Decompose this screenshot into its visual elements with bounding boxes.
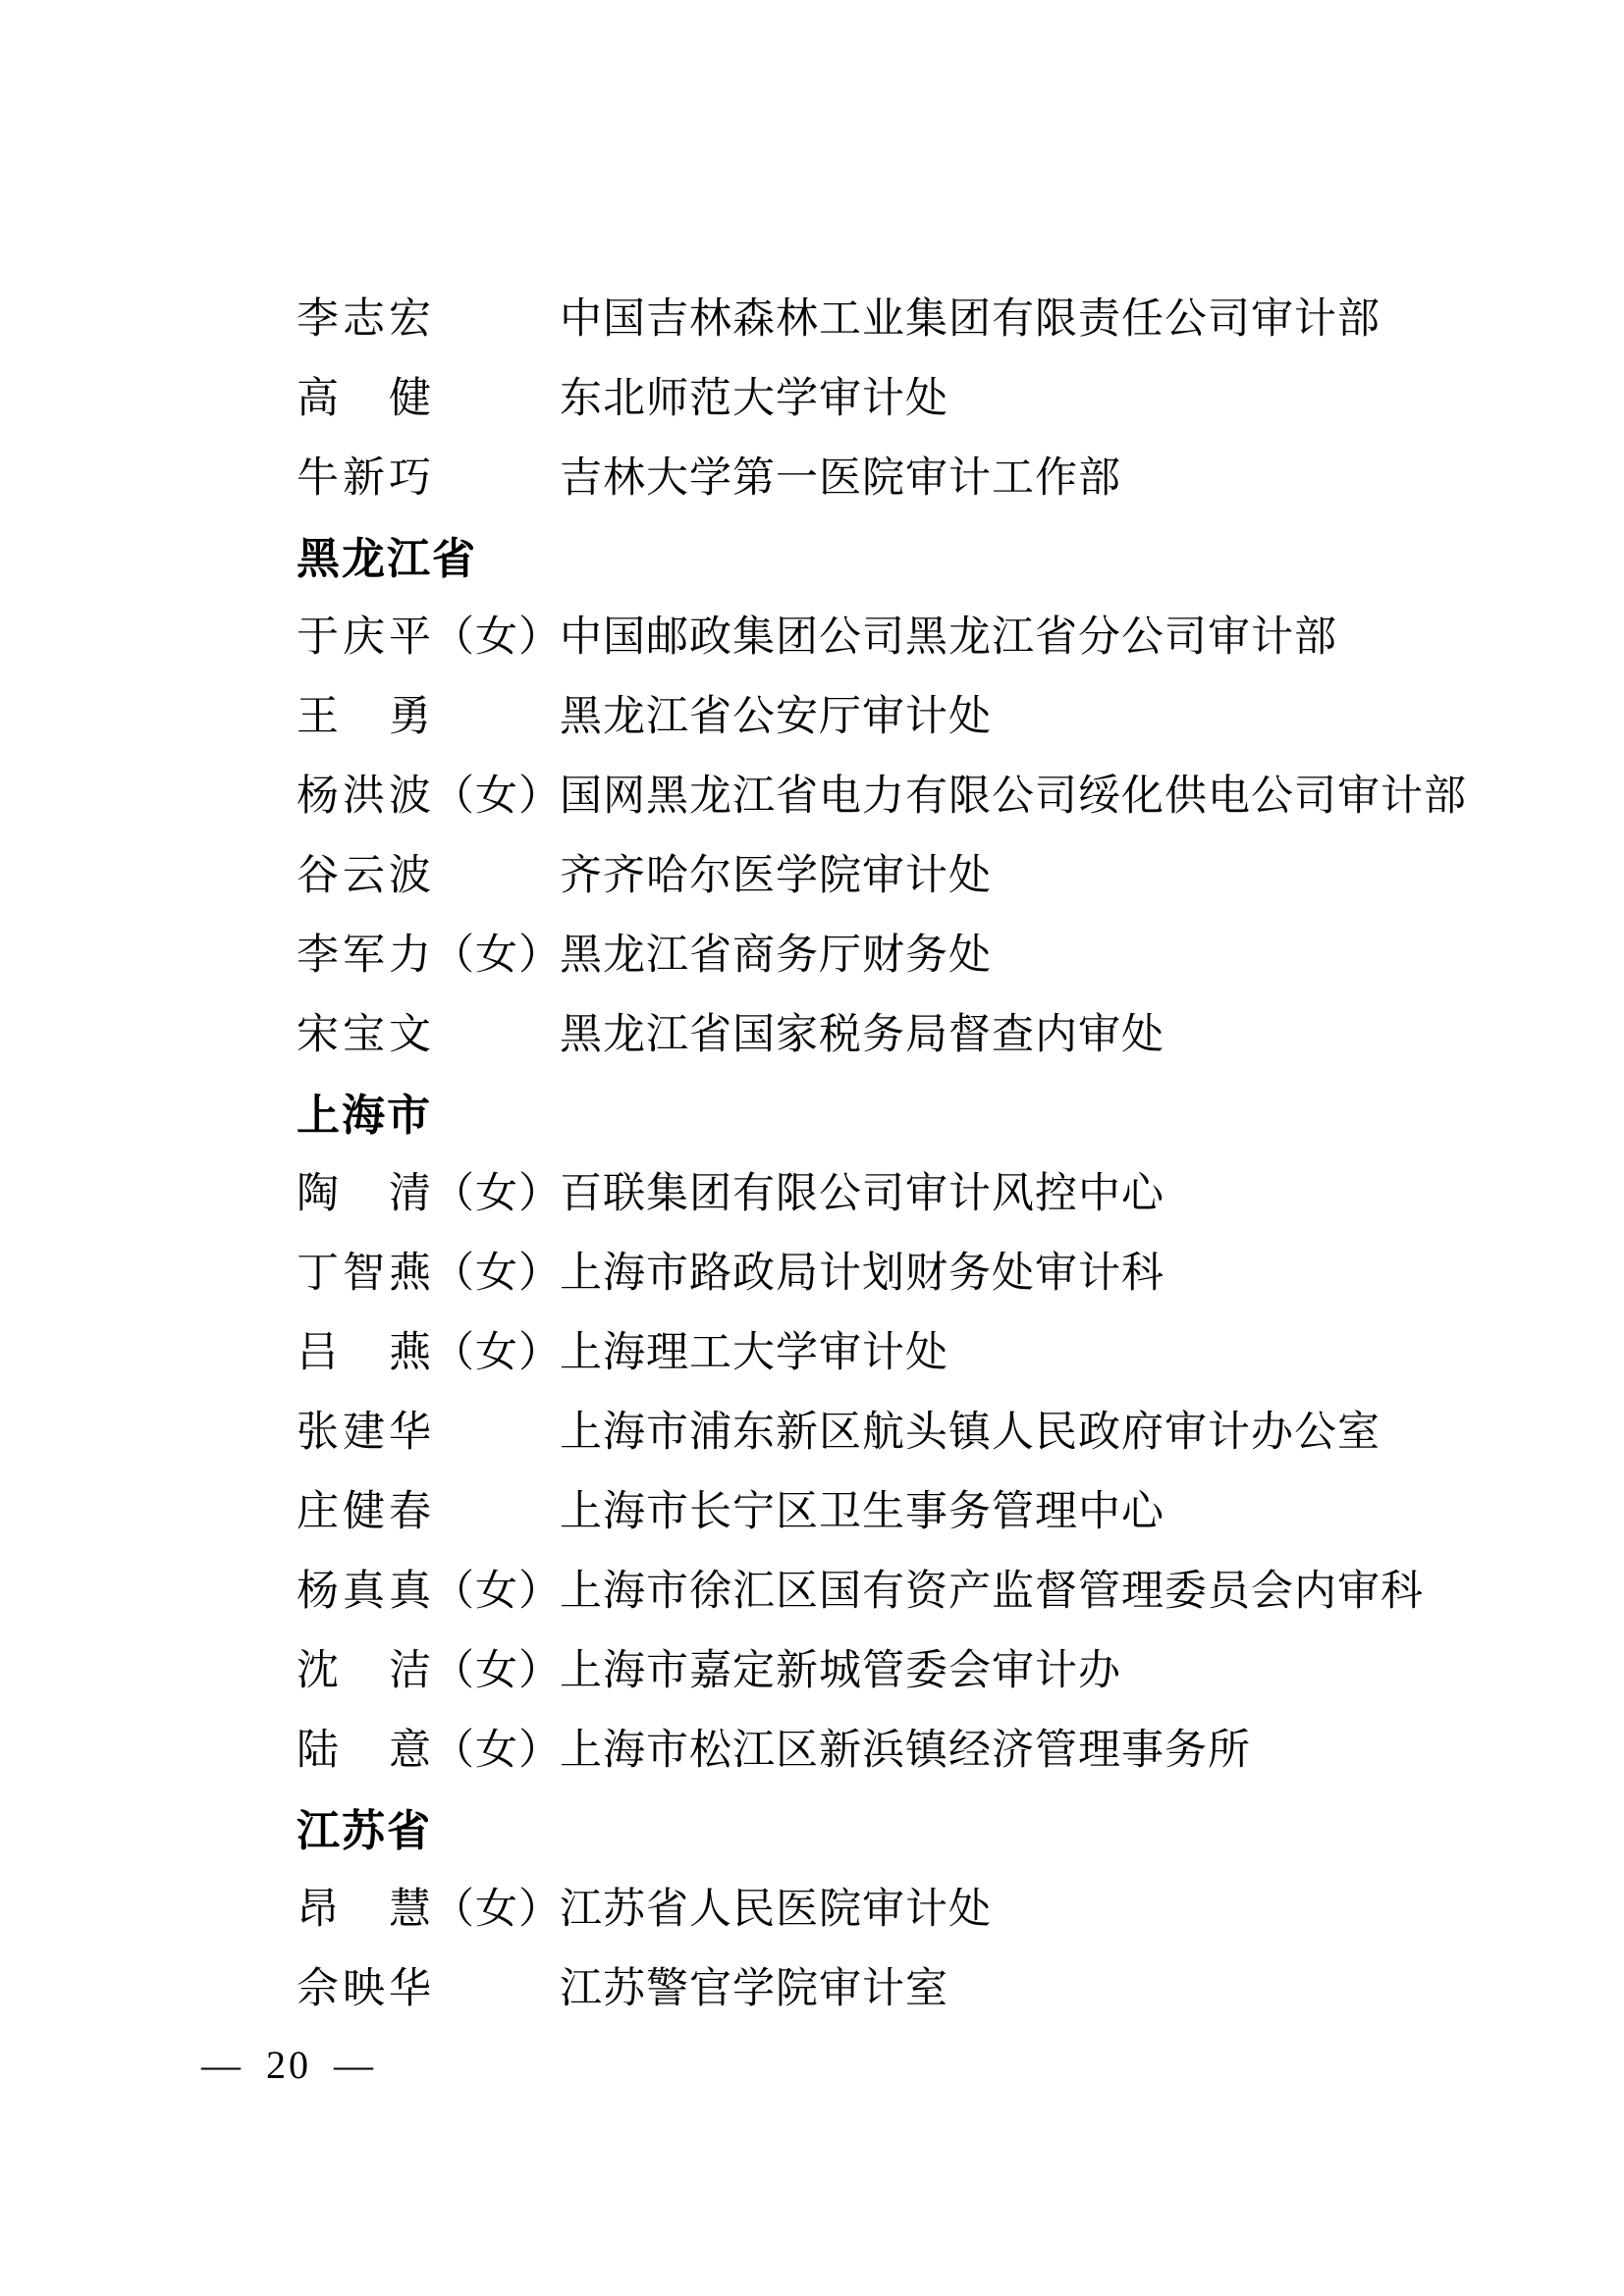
- province-section-header: 上海市: [297, 1071, 1536, 1150]
- list-item: 沈洁 （女） 上海市嘉定新城管委会审计办: [297, 1628, 1536, 1707]
- person-name: 昂慧: [297, 1876, 432, 1936]
- person-name: 佘映华: [297, 1955, 432, 2015]
- person-name: 李军力: [297, 922, 432, 982]
- person-name: 张建华: [297, 1399, 432, 1459]
- list-item: 王勇 黑龙江省公安厅审计处: [297, 673, 1536, 753]
- organization: 上海市嘉定新城管委会审计办: [560, 1637, 1536, 1697]
- person-name: 杨洪波: [297, 763, 432, 823]
- gender-note: （女）: [432, 1160, 560, 1220]
- person-name: 沈洁: [297, 1637, 432, 1697]
- person-name: 谷云波: [297, 842, 432, 902]
- person-name: 高健: [297, 365, 432, 425]
- organization: 吉林大学第一医院审计工作部: [560, 445, 1536, 505]
- person-name: 牛新巧: [297, 445, 432, 505]
- list-item: 昂慧 （女） 江苏省人民医院审计处: [297, 1866, 1536, 1946]
- person-name: 李志宏: [297, 286, 432, 346]
- list-item: 牛新巧 吉林大学第一医院审计工作部: [297, 435, 1536, 514]
- list-item: 陆意 （女） 上海市松江区新浜镇经济管理事务所: [297, 1707, 1536, 1787]
- gender-note: （女）: [432, 604, 560, 664]
- organization: 上海市长宁区卫生事务管理中心: [560, 1478, 1536, 1538]
- person-name: 于庆平: [297, 604, 432, 664]
- gender-note: （女）: [432, 1240, 560, 1300]
- organization: 中国邮政集团公司黑龙江省分公司审计部: [560, 604, 1536, 664]
- list-item: 谷云波 齐齐哈尔医学院审计处: [297, 832, 1536, 912]
- person-name: 庄健春: [297, 1478, 432, 1538]
- province-section-header: 江苏省: [297, 1787, 1536, 1866]
- organization: 上海市徐汇区国有资产监督管理委员会内审科: [560, 1558, 1536, 1618]
- gender-note: （女）: [432, 1637, 560, 1697]
- person-name: 宋宝文: [297, 1001, 432, 1061]
- organization: 江苏省人民医院审计处: [560, 1876, 1536, 1936]
- province-name: 上海市: [297, 1080, 432, 1143]
- person-name: 杨真真: [297, 1558, 432, 1618]
- province-name: 江苏省: [297, 1795, 432, 1858]
- person-name: 陶清: [297, 1160, 432, 1220]
- list-item: 于庆平 （女） 中国邮政集团公司黑龙江省分公司审计部: [297, 594, 1536, 673]
- page-footer: — 20 —: [201, 2042, 376, 2088]
- organization: 中国吉林森林工业集团有限责任公司审计部: [560, 286, 1536, 346]
- list-item: 李志宏 中国吉林森林工业集团有限责任公司审计部: [297, 276, 1536, 355]
- organization: 上海市松江区新浜镇经济管理事务所: [560, 1717, 1536, 1777]
- gender-note: （女）: [432, 1558, 560, 1618]
- organization: 上海市浦东新区航头镇人民政府审计办公室: [560, 1399, 1536, 1459]
- organization: 上海理工大学审计处: [560, 1319, 1536, 1379]
- organization: 江苏警官学院审计室: [560, 1955, 1536, 2015]
- organization: 百联集团有限公司审计风控中心: [560, 1160, 1536, 1220]
- gender-note: （女）: [432, 922, 560, 982]
- organization: 黑龙江省商务厅财务处: [560, 922, 1536, 982]
- award-name-list: 李志宏 中国吉林森林工业集团有限责任公司审计部 高健 东北师范大学审计处 牛新巧…: [297, 276, 1536, 2025]
- list-item: 陶清 （女） 百联集团有限公司审计风控中心: [297, 1150, 1536, 1230]
- organization: 国网黑龙江省电力有限公司绥化供电公司审计部: [560, 763, 1536, 823]
- organization: 齐齐哈尔医学院审计处: [560, 842, 1536, 902]
- list-item: 庄健春 上海市长宁区卫生事务管理中心: [297, 1468, 1536, 1548]
- list-item: 李军力 （女） 黑龙江省商务厅财务处: [297, 912, 1536, 991]
- gender-note: （女）: [432, 1717, 560, 1777]
- list-item: 杨真真 （女） 上海市徐汇区国有资产监督管理委员会内审科: [297, 1548, 1536, 1628]
- list-item: 杨洪波 （女） 国网黑龙江省电力有限公司绥化供电公司审计部: [297, 753, 1536, 832]
- organization: 东北师范大学审计处: [560, 365, 1536, 425]
- person-name: 陆意: [297, 1717, 432, 1777]
- person-name: 丁智燕: [297, 1240, 432, 1300]
- page-number: — 20 —: [201, 2043, 376, 2087]
- list-item: 丁智燕 （女） 上海市路政局计划财务处审计科: [297, 1230, 1536, 1309]
- organization: 黑龙江省公安厅审计处: [560, 683, 1536, 743]
- province-section-header: 黑龙江省: [297, 514, 1536, 594]
- list-item: 吕燕 （女） 上海理工大学审计处: [297, 1309, 1536, 1389]
- list-item: 高健 东北师范大学审计处: [297, 355, 1536, 435]
- organization: 上海市路政局计划财务处审计科: [560, 1240, 1536, 1300]
- person-name: 吕燕: [297, 1319, 432, 1379]
- organization: 黑龙江省国家税务局督查内审处: [560, 1001, 1536, 1061]
- gender-note: （女）: [432, 1319, 560, 1379]
- list-item: 宋宝文 黑龙江省国家税务局督查内审处: [297, 991, 1536, 1071]
- document-page: 李志宏 中国吉林森林工业集团有限责任公司审计部 高健 东北师范大学审计处 牛新巧…: [0, 0, 1624, 2296]
- list-item: 张建华 上海市浦东新区航头镇人民政府审计办公室: [297, 1389, 1536, 1468]
- gender-note: （女）: [432, 1876, 560, 1936]
- person-name: 王勇: [297, 683, 432, 743]
- province-name: 黑龙江省: [297, 523, 477, 586]
- gender-note: （女）: [432, 763, 560, 823]
- list-item: 佘映华 江苏警官学院审计室: [297, 1946, 1536, 2025]
